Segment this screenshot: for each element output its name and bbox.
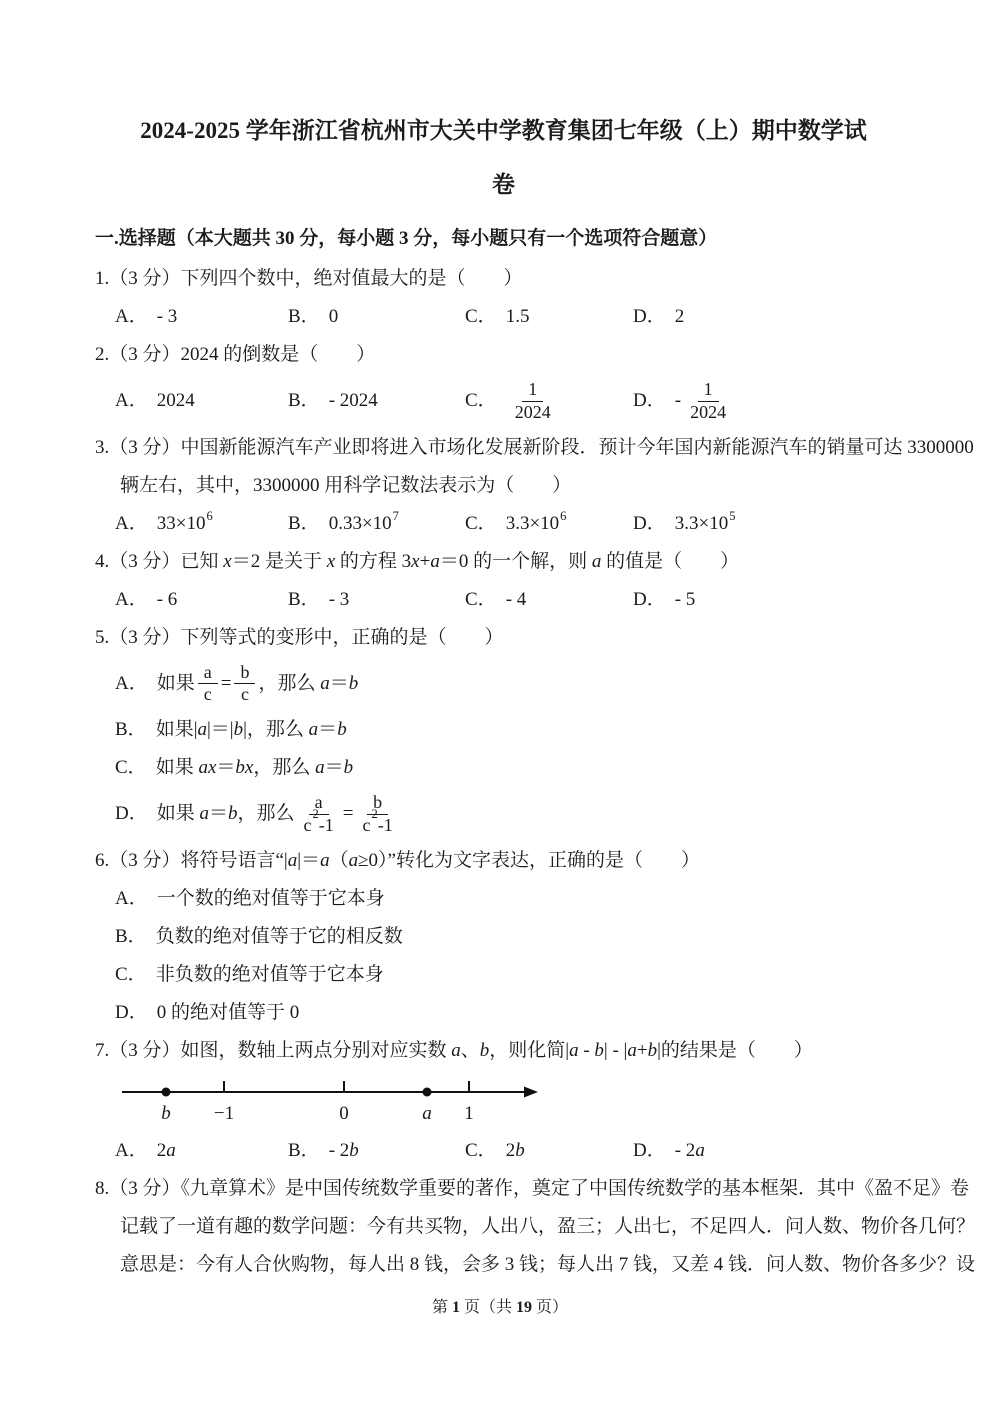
question-7-option-c: C．2b bbox=[465, 1138, 633, 1164]
fraction-denominator-segment: c bbox=[363, 816, 371, 836]
fraction-denominator-segment: 2 bbox=[313, 808, 319, 822]
fraction-denominator: c bbox=[235, 684, 255, 705]
number-line-point-dot bbox=[162, 1087, 171, 1096]
question-7-option-a-text: 2 bbox=[157, 1138, 167, 1164]
question-5-option-a-text: a bbox=[320, 671, 330, 697]
fraction-denominator-segment: c bbox=[241, 685, 249, 705]
fraction-numerator-segment: a bbox=[204, 663, 212, 683]
question-2-stem-line: 2.（3 分）2024 的倒数是（ ） bbox=[95, 342, 912, 368]
question-2-option-b: B．- 2024 bbox=[288, 380, 465, 423]
section-heading: 一.选择题（本大题共 30 分，每小题 3 分，每小题只有一个选项符合题意） bbox=[95, 226, 912, 252]
question-5-option-c-text: ＝ bbox=[325, 755, 344, 781]
question-6-stem-segment: a bbox=[349, 850, 359, 871]
question-5-option-c-text: ，那么 bbox=[253, 755, 315, 781]
question-5-option-d-text: a bbox=[200, 801, 210, 827]
question-6-option-d: D．0 的绝对值等于 0 bbox=[95, 1000, 912, 1026]
fraction-denominator: 2024 bbox=[509, 402, 557, 423]
question-3-option-b: B．0.33×107 bbox=[288, 511, 465, 537]
question-7-option-c-text: 2 bbox=[506, 1138, 516, 1164]
question-7-stem: 7.（3 分）如图，数轴上两点分别对应实数 a、b，则化简|a - b| - |… bbox=[95, 1038, 912, 1064]
question-2-option-b-label: B． bbox=[288, 388, 320, 414]
question-8-stem-segment: 8.（3 分）《九章算术》是中国传统数学重要的著作，奠定了中国传统数学的基本框架… bbox=[95, 1178, 969, 1199]
question-6-option-a-label: A． bbox=[115, 886, 148, 912]
fraction-numerator: 1 bbox=[522, 380, 543, 402]
question-7-option-b-label: B． bbox=[288, 1138, 320, 1164]
question-7: 7.（3 分）如图，数轴上两点分别对应实数 a、b，则化简|a - b| - |… bbox=[95, 1038, 912, 1164]
question-7-stem-segment: ，则化简| bbox=[489, 1040, 569, 1061]
question-7-stem-segment: + bbox=[637, 1040, 648, 1061]
question-4-stem-segment: x bbox=[327, 551, 335, 572]
question-5-option-d-text: = bbox=[343, 801, 354, 827]
question-8-stem-segment: 记载了一道有趣的数学问题：今有共买物，人出八，盈三；人出七，不足四人．问人数、物… bbox=[120, 1216, 975, 1237]
question-3-option-a-label: A． bbox=[115, 511, 148, 537]
question-7-stem-segment: - bbox=[579, 1040, 595, 1061]
question-7-option-d: D．- 2a bbox=[633, 1138, 912, 1164]
question-7-stem-segment: b bbox=[594, 1040, 604, 1061]
question-4-stem-segment: a bbox=[430, 551, 440, 572]
question-3-option-c: C．3.3×106 bbox=[465, 511, 633, 537]
fraction-denominator: c2-1 bbox=[298, 815, 340, 836]
fraction: 12024 bbox=[684, 380, 732, 423]
number-line-label: 1 bbox=[464, 1103, 474, 1124]
question-1: 1.（3 分）下列四个数中，绝对值最大的是（ ）A．- 3B．0C．1.5D．2 bbox=[95, 266, 912, 330]
question-6: 6.（3 分）将符号语言“|a|＝a（a≥0）”转化为文字表达，正确的是（ ）A… bbox=[95, 848, 912, 1026]
question-5-stem-segment: 5.（3 分）下列等式的变形中，正确的是（ ） bbox=[95, 627, 504, 648]
question-4-stem-segment: ＝0 的一个解，则 bbox=[440, 551, 592, 572]
question-5-option-b-label: B． bbox=[115, 717, 147, 743]
question-6-stem-segment: a bbox=[320, 850, 330, 871]
question-6-stem-segment: |＝ bbox=[297, 850, 320, 871]
question-5-stem: 5.（3 分）下列等式的变形中，正确的是（ ） bbox=[95, 625, 912, 651]
question-6-options: A．一个数的绝对值等于它本身B．负数的绝对值等于它的相反数C．非负数的绝对值等于… bbox=[95, 886, 912, 1026]
fraction: 12024 bbox=[509, 380, 557, 423]
number-line-arrow bbox=[524, 1086, 538, 1097]
question-3-options: A．33×106B．0.33×107C．3.3×106D．3.3×105 bbox=[95, 511, 912, 537]
question-5-option-c: C．如果 ax＝bx，那么 a＝b bbox=[95, 755, 912, 781]
question-7-option-d-text: a bbox=[695, 1138, 705, 1164]
question-2-option-c: C．12024 bbox=[465, 380, 633, 423]
question-3-option-c-text: 3.3×10 bbox=[506, 511, 559, 537]
question-3-option-a: A．33×106 bbox=[115, 511, 288, 537]
question-1-options: A．- 3B．0C．1.5D．2 bbox=[95, 304, 912, 330]
exam-title-line2: 卷 bbox=[95, 170, 912, 200]
question-6-option-a-text: 一个数的绝对值等于它本身 bbox=[157, 886, 385, 912]
question-5-option-a-text: b bbox=[349, 671, 359, 697]
question-5-option-a-label: A． bbox=[115, 671, 148, 697]
question-7-stem-segment: a bbox=[451, 1040, 461, 1061]
question-7-option-d-text: - 2 bbox=[675, 1138, 696, 1164]
question-7-option-c-text: b bbox=[515, 1138, 525, 1164]
question-4-option-d: D．- 5 bbox=[633, 587, 912, 613]
question-7-option-d-label: D． bbox=[633, 1138, 666, 1164]
question-5: 5.（3 分）下列等式的变形中，正确的是（ ）A．如果ac=bc，那么 a＝bB… bbox=[95, 625, 912, 836]
question-3-option-a-text: 33×10 bbox=[157, 511, 206, 537]
question-5-option-a-text: = bbox=[221, 671, 232, 697]
question-5-option-c-label: C． bbox=[115, 755, 147, 781]
question-1-option-a: A．- 3 bbox=[115, 304, 288, 330]
question-3-option-d-label: D． bbox=[633, 511, 666, 537]
questions-list: 1.（3 分）下列四个数中，绝对值最大的是（ ）A．- 3B．0C．1.5D．2… bbox=[95, 266, 912, 1278]
question-4-stem-segment: x bbox=[223, 551, 231, 572]
question-5-option-b-text: a bbox=[309, 717, 319, 743]
exam-page: 2024-2025 学年浙江省杭州市大关中学教育集团七年级（上）期中数学试 卷 … bbox=[0, 0, 1000, 1414]
question-4-option-c-text: - 4 bbox=[506, 587, 527, 613]
question-3: 3.（3 分）中国新能源汽车产业即将进入市场化发展新阶段．预计今年国内新能源汽车… bbox=[95, 435, 912, 537]
page-footer: 第 1 页（共 19 页） bbox=[0, 1297, 1000, 1319]
exam-title-line1: 2024-2025 学年浙江省杭州市大关中学教育集团七年级（上）期中数学试 bbox=[95, 116, 912, 146]
question-8-stem-line: 意思是：今有人合伙购物，每人出 8 钱，会多 3 钱；每人出 7 钱，又差 4 … bbox=[95, 1252, 912, 1278]
page-footer-segment: 第 bbox=[432, 1299, 452, 1316]
question-7-option-b-text: - 2 bbox=[329, 1138, 350, 1164]
question-1-stem-segment: 1.（3 分）下列四个数中，绝对值最大的是（ ） bbox=[95, 268, 523, 289]
question-4-stem: 4.（3 分）已知 x＝2 是关于 x 的方程 3x+a＝0 的一个解，则 a … bbox=[95, 549, 912, 575]
question-5-option-b-text: ＝ bbox=[318, 717, 337, 743]
question-1-stem-line: 1.（3 分）下列四个数中，绝对值最大的是（ ） bbox=[95, 266, 912, 292]
question-5-option-a: A．如果ac=bc，那么 a＝b bbox=[95, 663, 912, 706]
question-4-stem-segment: ＝2 是关于 bbox=[232, 551, 327, 572]
question-3-option-b-label: B． bbox=[288, 511, 320, 537]
question-6-option-d-label: D． bbox=[115, 1000, 148, 1026]
fraction-numerator: b bbox=[234, 663, 255, 685]
question-6-stem-segment: ≥0）”转化为文字表达，正确的是（ ） bbox=[358, 850, 700, 871]
question-8-stem-line: 8.（3 分）《九章算术》是中国传统数学重要的著作，奠定了中国传统数学的基本框架… bbox=[95, 1176, 912, 1202]
question-3-option-d-text: 3.3×10 bbox=[675, 511, 728, 537]
question-1-option-b-text: 0 bbox=[329, 304, 339, 330]
question-6-option-d-text: 0 的绝对值等于 0 bbox=[157, 1000, 300, 1026]
question-4-stem-segment: 的方程 3 bbox=[335, 551, 411, 572]
question-5-option-a-text: 如果 bbox=[157, 671, 195, 697]
question-7-stem-line: 7.（3 分）如图，数轴上两点分别对应实数 a、b，则化简|a - b| - |… bbox=[95, 1038, 912, 1064]
question-2-options: A．2024B．- 2024C．12024D．-12024 bbox=[95, 380, 912, 423]
question-7-stem-segment: 7.（3 分）如图，数轴上两点分别对应实数 bbox=[95, 1040, 451, 1061]
question-5-option-d-label: D． bbox=[115, 801, 148, 827]
question-1-option-a-label: A． bbox=[115, 304, 148, 330]
question-5-option-c-text: ax bbox=[198, 755, 216, 781]
question-6-stem-segment: 6.（3 分）将符号语言“| bbox=[95, 850, 288, 871]
question-5-option-b-text: |，那么 bbox=[243, 717, 309, 743]
question-1-option-a-text: - 3 bbox=[157, 304, 178, 330]
question-1-option-d-text: 2 bbox=[675, 304, 685, 330]
fraction-denominator: 2024 bbox=[684, 402, 732, 423]
question-7-stem-segment: | - | bbox=[604, 1040, 627, 1061]
question-4-option-c-label: C． bbox=[465, 587, 497, 613]
question-5-option-a-text: ＝ bbox=[330, 671, 349, 697]
page-footer-segment: 页） bbox=[532, 1299, 568, 1316]
question-7-stem-segment: a bbox=[627, 1040, 637, 1061]
fraction: bc bbox=[234, 663, 255, 706]
question-7-option-a-text: a bbox=[166, 1138, 176, 1164]
question-4-stem-segment: + bbox=[420, 551, 431, 572]
question-5-option-b-text: a bbox=[198, 717, 208, 743]
question-5-option-c-text: ＝ bbox=[216, 755, 235, 781]
fraction-denominator-segment: 2024 bbox=[690, 403, 726, 423]
question-1-option-c-label: C． bbox=[465, 304, 497, 330]
question-3-option-b-text: 7 bbox=[393, 503, 399, 529]
question-8-stem-segment: 意思是：今有人合伙购物，每人出 8 钱，会多 3 钱；每人出 7 钱，又差 4 … bbox=[120, 1254, 975, 1275]
question-1-option-d-label: D． bbox=[633, 304, 666, 330]
number-line-label: b bbox=[161, 1103, 171, 1124]
question-4-option-a-text: - 6 bbox=[157, 587, 178, 613]
question-3-option-c-text: 6 bbox=[560, 503, 566, 529]
question-4-option-c: C．- 4 bbox=[465, 587, 633, 613]
fraction: ac2-1 bbox=[298, 793, 340, 836]
number-line-label: a bbox=[422, 1103, 432, 1124]
question-4: 4.（3 分）已知 x＝2 是关于 x 的方程 3x+a＝0 的一个解，则 a … bbox=[95, 549, 912, 613]
exam-title: 2024-2025 学年浙江省杭州市大关中学教育集团七年级（上）期中数学试 卷 bbox=[95, 116, 912, 200]
question-5-option-c-text: b bbox=[344, 755, 354, 781]
question-5-option-d-text: ，那么 bbox=[238, 801, 295, 827]
number-line-label: 0 bbox=[339, 1103, 349, 1124]
question-2-option-a-label: A． bbox=[115, 388, 148, 414]
question-5-option-b-text: 如果| bbox=[156, 717, 198, 743]
question-5-options: A．如果ac=bc，那么 a＝bB．如果|a|＝|b|，那么 a＝bC．如果 a… bbox=[95, 663, 912, 836]
question-2-option-a: A．2024 bbox=[115, 380, 288, 423]
question-3-option-b-text: 0.33×10 bbox=[329, 511, 392, 537]
question-2-option-a-text: 2024 bbox=[157, 388, 195, 414]
fraction-denominator-segment: 2 bbox=[372, 808, 378, 822]
question-5-option-d-text: ＝ bbox=[209, 801, 228, 827]
question-7-stem-segment: b bbox=[648, 1040, 658, 1061]
question-3-option-d-text: 5 bbox=[729, 503, 735, 529]
question-7-options: A．2aB．- 2bC．2bD．- 2a bbox=[95, 1138, 912, 1164]
question-2-stem: 2.（3 分）2024 的倒数是（ ） bbox=[95, 342, 912, 368]
question-6-stem: 6.（3 分）将符号语言“|a|＝a（a≥0）”转化为文字表达，正确的是（ ） bbox=[95, 848, 912, 874]
question-8-stem-line: 记载了一道有趣的数学问题：今有共买物，人出八，盈三；人出七，不足四人．问人数、物… bbox=[95, 1214, 912, 1240]
fraction-denominator-segment: c bbox=[204, 685, 212, 705]
question-4-stem-line: 4.（3 分）已知 x＝2 是关于 x 的方程 3x+a＝0 的一个解，则 a … bbox=[95, 549, 912, 575]
question-4-stem-segment: 的值是（ ） bbox=[601, 551, 739, 572]
question-7-stem-segment: |的结果是（ ） bbox=[657, 1040, 813, 1061]
question-4-option-a: A．- 6 bbox=[115, 587, 288, 613]
question-2-option-d-text: - bbox=[675, 388, 681, 414]
fraction-denominator: c2-1 bbox=[357, 815, 399, 836]
question-6-option-c-label: C． bbox=[115, 962, 147, 988]
page-footer-segment: 19 bbox=[516, 1299, 532, 1316]
question-7-stem-segment: b bbox=[480, 1040, 490, 1061]
question-4-option-d-text: - 5 bbox=[675, 587, 696, 613]
fraction-numerator-segment: 1 bbox=[704, 380, 713, 400]
question-6-option-b: B．负数的绝对值等于它的相反数 bbox=[95, 924, 912, 950]
fraction-numerator-segment: 1 bbox=[528, 380, 537, 400]
question-6-stem-line: 6.（3 分）将符号语言“|a|＝a（a≥0）”转化为文字表达，正确的是（ ） bbox=[95, 848, 912, 874]
question-6-option-a: A．一个数的绝对值等于它本身 bbox=[95, 886, 912, 912]
question-5-option-d-text: b bbox=[228, 801, 238, 827]
question-3-stem-line: 辆左右，其中，3300000 用科学记数法表示为（ ） bbox=[95, 473, 912, 499]
question-1-option-b-label: B． bbox=[288, 304, 320, 330]
question-6-option-c: C．非负数的绝对值等于它本身 bbox=[95, 962, 912, 988]
fraction-numerator: 1 bbox=[698, 380, 719, 402]
question-5-option-c-text: bx bbox=[235, 755, 253, 781]
question-5-option-a-text: ，那么 bbox=[258, 671, 320, 697]
question-3-stem: 3.（3 分）中国新能源汽车产业即将进入市场化发展新阶段．预计今年国内新能源汽车… bbox=[95, 435, 912, 499]
question-4-stem-segment: x bbox=[411, 551, 419, 572]
question-5-stem-line: 5.（3 分）下列等式的变形中，正确的是（ ） bbox=[95, 625, 912, 651]
question-6-option-b-text: 负数的绝对值等于它的相反数 bbox=[156, 924, 403, 950]
question-1-option-d: D．2 bbox=[633, 304, 912, 330]
question-2-option-d: D．-12024 bbox=[633, 380, 912, 423]
number-line-label: −1 bbox=[214, 1103, 234, 1124]
question-5-option-b-text: b bbox=[234, 717, 244, 743]
question-4-option-b: B．- 3 bbox=[288, 587, 465, 613]
fraction-denominator-segment: 2024 bbox=[515, 403, 551, 423]
fraction: bc2-1 bbox=[357, 793, 399, 836]
question-3-option-c-label: C． bbox=[465, 511, 497, 537]
question-8: 8.（3 分）《九章算术》是中国传统数学重要的著作，奠定了中国传统数学的基本框架… bbox=[95, 1176, 912, 1278]
question-8-stem: 8.（3 分）《九章算术》是中国传统数学重要的著作，奠定了中国传统数学的基本框架… bbox=[95, 1176, 912, 1278]
page-footer-segment: 页（共 bbox=[460, 1299, 516, 1316]
question-7-option-c-label: C． bbox=[465, 1138, 497, 1164]
question-5-option-d: D．如果 a＝b，那么ac2-1=bc2-1 bbox=[95, 793, 912, 836]
fraction-numerator-segment: b bbox=[240, 663, 249, 683]
question-4-option-d-label: D． bbox=[633, 587, 666, 613]
number-line-point-dot bbox=[423, 1087, 432, 1096]
question-6-stem-segment: （ bbox=[330, 850, 349, 871]
question-2: 2.（3 分）2024 的倒数是（ ）A．2024B．- 2024C．12024… bbox=[95, 342, 912, 423]
number-line-figure: b−10a1 bbox=[120, 1076, 550, 1128]
question-7-option-a: A．2a bbox=[115, 1138, 288, 1164]
question-7-stem-segment: a bbox=[569, 1040, 579, 1061]
question-3-stem-segment: 3.（3 分）中国新能源汽车产业即将进入市场化发展新阶段．预计今年国内新能源汽车… bbox=[95, 437, 974, 458]
question-7-stem-segment: 、 bbox=[461, 1040, 480, 1061]
question-1-option-c-text: 1.5 bbox=[506, 304, 530, 330]
question-4-stem-segment: a bbox=[592, 551, 602, 572]
question-5-option-b: B．如果|a|＝|b|，那么 a＝b bbox=[95, 717, 912, 743]
question-4-stem-segment: 4.（3 分）已知 bbox=[95, 551, 223, 572]
question-2-option-d-label: D． bbox=[633, 388, 666, 414]
question-5-option-b-text: b bbox=[337, 717, 347, 743]
question-5-option-c-text: a bbox=[315, 755, 325, 781]
question-2-stem-segment: 2.（3 分）2024 的倒数是（ ） bbox=[95, 344, 375, 365]
fraction-denominator: c bbox=[198, 684, 218, 705]
question-3-stem-line: 3.（3 分）中国新能源汽车产业即将进入市场化发展新阶段．预计今年国内新能源汽车… bbox=[95, 435, 912, 461]
question-6-option-b-label: B． bbox=[115, 924, 147, 950]
page-footer-segment: 1 bbox=[452, 1299, 460, 1316]
question-3-stem-segment: 辆左右，其中，3300000 用科学记数法表示为（ ） bbox=[120, 475, 571, 496]
question-6-stem-segment: a bbox=[288, 850, 298, 871]
fraction-denominator-segment: -1 bbox=[319, 816, 334, 836]
question-5-option-d-text: 如果 bbox=[157, 801, 200, 827]
question-1-option-b: B．0 bbox=[288, 304, 465, 330]
question-1-option-c: C．1.5 bbox=[465, 304, 633, 330]
question-4-option-b-label: B． bbox=[288, 587, 320, 613]
fraction-denominator-segment: -1 bbox=[378, 816, 393, 836]
question-2-option-c-label: C． bbox=[465, 388, 497, 414]
fraction-numerator: a bbox=[198, 663, 218, 685]
question-5-option-c-text: 如果 bbox=[156, 755, 199, 781]
question-7-option-b: B．- 2b bbox=[288, 1138, 465, 1164]
question-6-option-c-text: 非负数的绝对值等于它本身 bbox=[156, 962, 384, 988]
question-4-option-a-label: A． bbox=[115, 587, 148, 613]
question-3-option-a-text: 6 bbox=[206, 503, 212, 529]
question-3-option-d: D．3.3×105 bbox=[633, 511, 912, 537]
question-4-option-b-text: - 3 bbox=[329, 587, 350, 613]
question-5-option-b-text: |＝| bbox=[207, 717, 234, 743]
question-4-options: A．- 6B．- 3C．- 4D．- 5 bbox=[95, 587, 912, 613]
fraction: ac bbox=[198, 663, 218, 706]
question-1-stem: 1.（3 分）下列四个数中，绝对值最大的是（ ） bbox=[95, 266, 912, 292]
question-2-option-b-text: - 2024 bbox=[329, 388, 378, 414]
fraction-denominator-segment: c bbox=[304, 816, 312, 836]
question-7-option-a-label: A． bbox=[115, 1138, 148, 1164]
question-7-option-b-text: b bbox=[349, 1138, 359, 1164]
